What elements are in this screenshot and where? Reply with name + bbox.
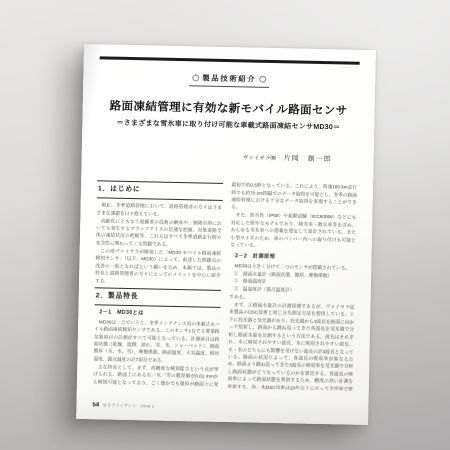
badge-label: 製品技術紹介 [202, 73, 256, 85]
article-subtitle: ＝さまざまな雪氷車に取り付け可能な車載式路面凍結センサMD30＝ [98, 118, 358, 133]
paragraph: この度ヴァイサラが開発した「MD30 モバイル路面凍結検知センサ」（以下、MD3… [95, 247, 221, 287]
left-column: 1．はじめに 現在、冬季道路管理において、道路管理者の方々はさまざまな課題を日々… [93, 179, 223, 389]
paragraph: まず、①路面水量計の計測原理であるが、ヴァイサラ従来製品のDSC技術と同じ分光測… [227, 301, 355, 391]
journal-name: ゆきアライアンス 2008.2 [103, 403, 154, 409]
snowflake-ornament-icon: * [259, 76, 266, 83]
paragraph: 最短で約0.5秒となっている。これにより、時速100 km走行時でも約70 cm… [231, 181, 357, 213]
snowflake-ornament-icon: * [192, 74, 199, 81]
author-affiliation: ヴァイサラ㈱ [243, 156, 277, 163]
page-number: 54 [92, 402, 99, 408]
article-title: 路面凍結管理に有効な新モバイル路面センサ [99, 98, 359, 119]
author-line: ヴァイサラ㈱ 片岡 創一郎 [98, 144, 332, 167]
section-badge: * 製品技術紹介 * [189, 71, 269, 88]
paragraph: MD30は一言でいうと、冬季メンテナンス用の車載式モバイル路面凍結検知センサであ… [93, 318, 219, 365]
section-badge-row: * 製品技術紹介 * [99, 70, 359, 90]
body-columns: 1．はじめに 現在、冬季道路管理において、道路管理者の方々はさまざまな課題を日々… [93, 179, 357, 391]
photo-background: ──── ─ * 製品技術紹介 * 路面凍結管理に有効な新モバイル路面センサ ＝… [0, 0, 450, 450]
section-heading: 1．はじめに [97, 181, 223, 201]
paragraph: 主な特長として、まず、高精度な検知能力という点が挙げられる。路面上にある水／氷／… [93, 363, 219, 391]
right-column: 最短で約0.5秒となっている。これにより、時速100 km走行時でも約70 cm… [227, 181, 357, 391]
section-heading: 2．製品特長 [95, 287, 221, 307]
author-name: 片岡 創一郎 [284, 154, 332, 163]
paragraph: 現在、冬季道路管理において、道路管理者の方々はさまざまな課題を日々抱えている。 [96, 202, 222, 219]
document-page: ──── ─ * 製品技術紹介 * 路面凍結管理に有効な新モバイル路面センサ ＝… [76, 44, 376, 425]
page-footer: 54 ゆきアライアンス 2008.2 [92, 402, 154, 409]
paragraph: 高齢化にともなう経験者の技術の継承や、無降水時においても発生するブラックアイスの… [96, 217, 222, 249]
paragraph: また、防水性（IP68）や振動試験（IEC60068）などにも対応した堅牢なモデ… [230, 212, 356, 252]
